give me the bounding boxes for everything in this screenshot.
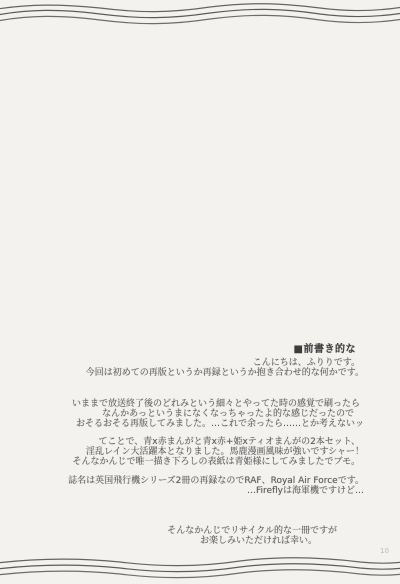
wavy-divider-bottom bbox=[0, 555, 400, 581]
text-line: 淫乱レイン大活躍本となりました。馬鹿漫画風味が強いですシャー！ bbox=[72, 447, 364, 457]
section-title: ■前書き的な bbox=[294, 340, 356, 355]
wavy-divider-top bbox=[0, 2, 400, 28]
page-number: 10 bbox=[380, 547, 389, 555]
text-line: …Fireflyは海軍機ですけど… bbox=[68, 486, 364, 496]
text-line: 誌名は英国飛行機シリーズ2冊の再録なのでRAF、Royal Air Forceで… bbox=[68, 476, 364, 486]
paragraph-title-origin: 誌名は英国飛行機シリーズ2冊の再録なのでRAF、Royal Air Forceで… bbox=[68, 476, 364, 496]
paragraph-closing: そんなかんじでリサイクル的な一冊ですが お楽しみいただければ幸い。 bbox=[167, 526, 337, 546]
text-line: いままで放送終了後のどれみという細々とやってた時の感覚で刷ったら bbox=[72, 399, 364, 409]
paragraph-reprint-story: いままで放送終了後のどれみという細々とやってた時の感覚で刷ったら なんかあっとい… bbox=[72, 399, 364, 429]
text-line: なんかあっというまになくなっちゃったよ的な感じだったので bbox=[72, 409, 364, 419]
text-line: てことで、青x赤まんがと青x赤+姫xティオまんがの2本セット、 bbox=[72, 437, 364, 447]
text-line: こんにちは、ふりりです。 bbox=[86, 358, 364, 368]
text-line: 今回は初めての再版というか再録というか抱き合わせ的な何かです。 bbox=[86, 368, 364, 378]
doujinshi-preface-page: ■前書き的な こんにちは、ふりりです。 今回は初めての再版というか再録というか抱… bbox=[0, 0, 400, 584]
text-line: そんなかんじでリサイクル的な一冊ですが bbox=[167, 526, 337, 536]
paragraph-contents: てことで、青x赤まんがと青x赤+姫xティオまんがの2本セット、 淫乱レイン大活躍… bbox=[72, 437, 364, 467]
text-line: お楽しみいただければ幸い。 bbox=[167, 536, 337, 546]
paragraph-greeting: こんにちは、ふりりです。 今回は初めての再版というか再録というか抱き合わせ的な何… bbox=[86, 358, 364, 378]
text-line: おそるおそる再版してみました。…これで余ったら……とか考えないッ bbox=[72, 419, 364, 429]
text-line: そんなかんじで唯一描き下ろしの表紙は青姫様にしてみましたでブモ。 bbox=[72, 457, 364, 467]
